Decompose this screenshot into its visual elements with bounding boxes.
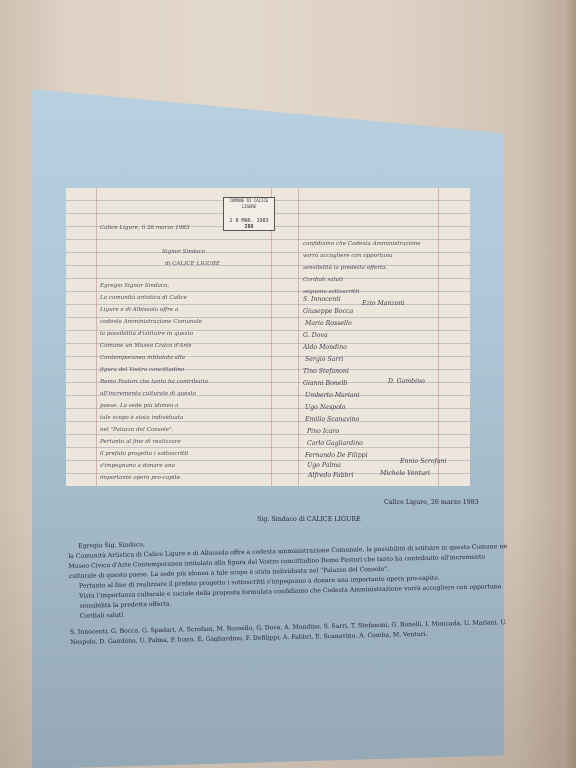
signature: Pino Icaro bbox=[307, 428, 339, 435]
margin-line bbox=[96, 188, 97, 486]
signature: Fernando De Filippi bbox=[305, 452, 368, 459]
signature: Carlo Gagliardino bbox=[307, 440, 363, 447]
handwritten-line: importante opera pro-capite. bbox=[100, 472, 280, 485]
signature: Gianni Bonelli bbox=[303, 380, 347, 387]
transcription-body: Egregio Sig. Sindaco, la Comunità Artist… bbox=[68, 532, 510, 648]
handwritten-place-date: Calice Ligure, lì 26 marzo 1983 bbox=[100, 222, 280, 235]
signature: Mario Rossello bbox=[305, 320, 352, 327]
transcription-place-date: Calice Ligure, 26 marzo 1983 bbox=[384, 499, 479, 506]
signature: Ennio Scrofani bbox=[400, 458, 447, 465]
signature: Ugo Palma bbox=[307, 462, 341, 469]
signature: S. Innocenti bbox=[303, 296, 341, 303]
margin-line bbox=[298, 188, 299, 486]
handwritten-addressee-town: di CALICE LIGURE bbox=[165, 258, 220, 271]
margin-line bbox=[438, 188, 439, 486]
signature: Giuseppe Bocca bbox=[303, 308, 353, 315]
signature: D. Gambino bbox=[388, 378, 425, 385]
signature: Aldo Mondino bbox=[303, 344, 347, 351]
signature: Michele Venturi bbox=[380, 470, 430, 477]
signature: Umberto Mariani bbox=[305, 392, 359, 399]
signature: Emilio Scanavino bbox=[305, 416, 359, 423]
signature: Alfredo Fabbri bbox=[308, 472, 353, 479]
stamp-header: COMUNE DI CALICE LIGURE bbox=[224, 198, 274, 210]
signature: Sergio Sarri bbox=[305, 356, 343, 363]
signature: Ugo Nespolo bbox=[305, 404, 346, 411]
transcription-addressee: Sig. Sindaco di CALICE LIGURE bbox=[257, 516, 361, 523]
signature: Tino Stefanoni bbox=[303, 368, 349, 375]
signature: G. Dova bbox=[303, 332, 328, 339]
signature: Ezio Manzoni bbox=[362, 300, 404, 307]
